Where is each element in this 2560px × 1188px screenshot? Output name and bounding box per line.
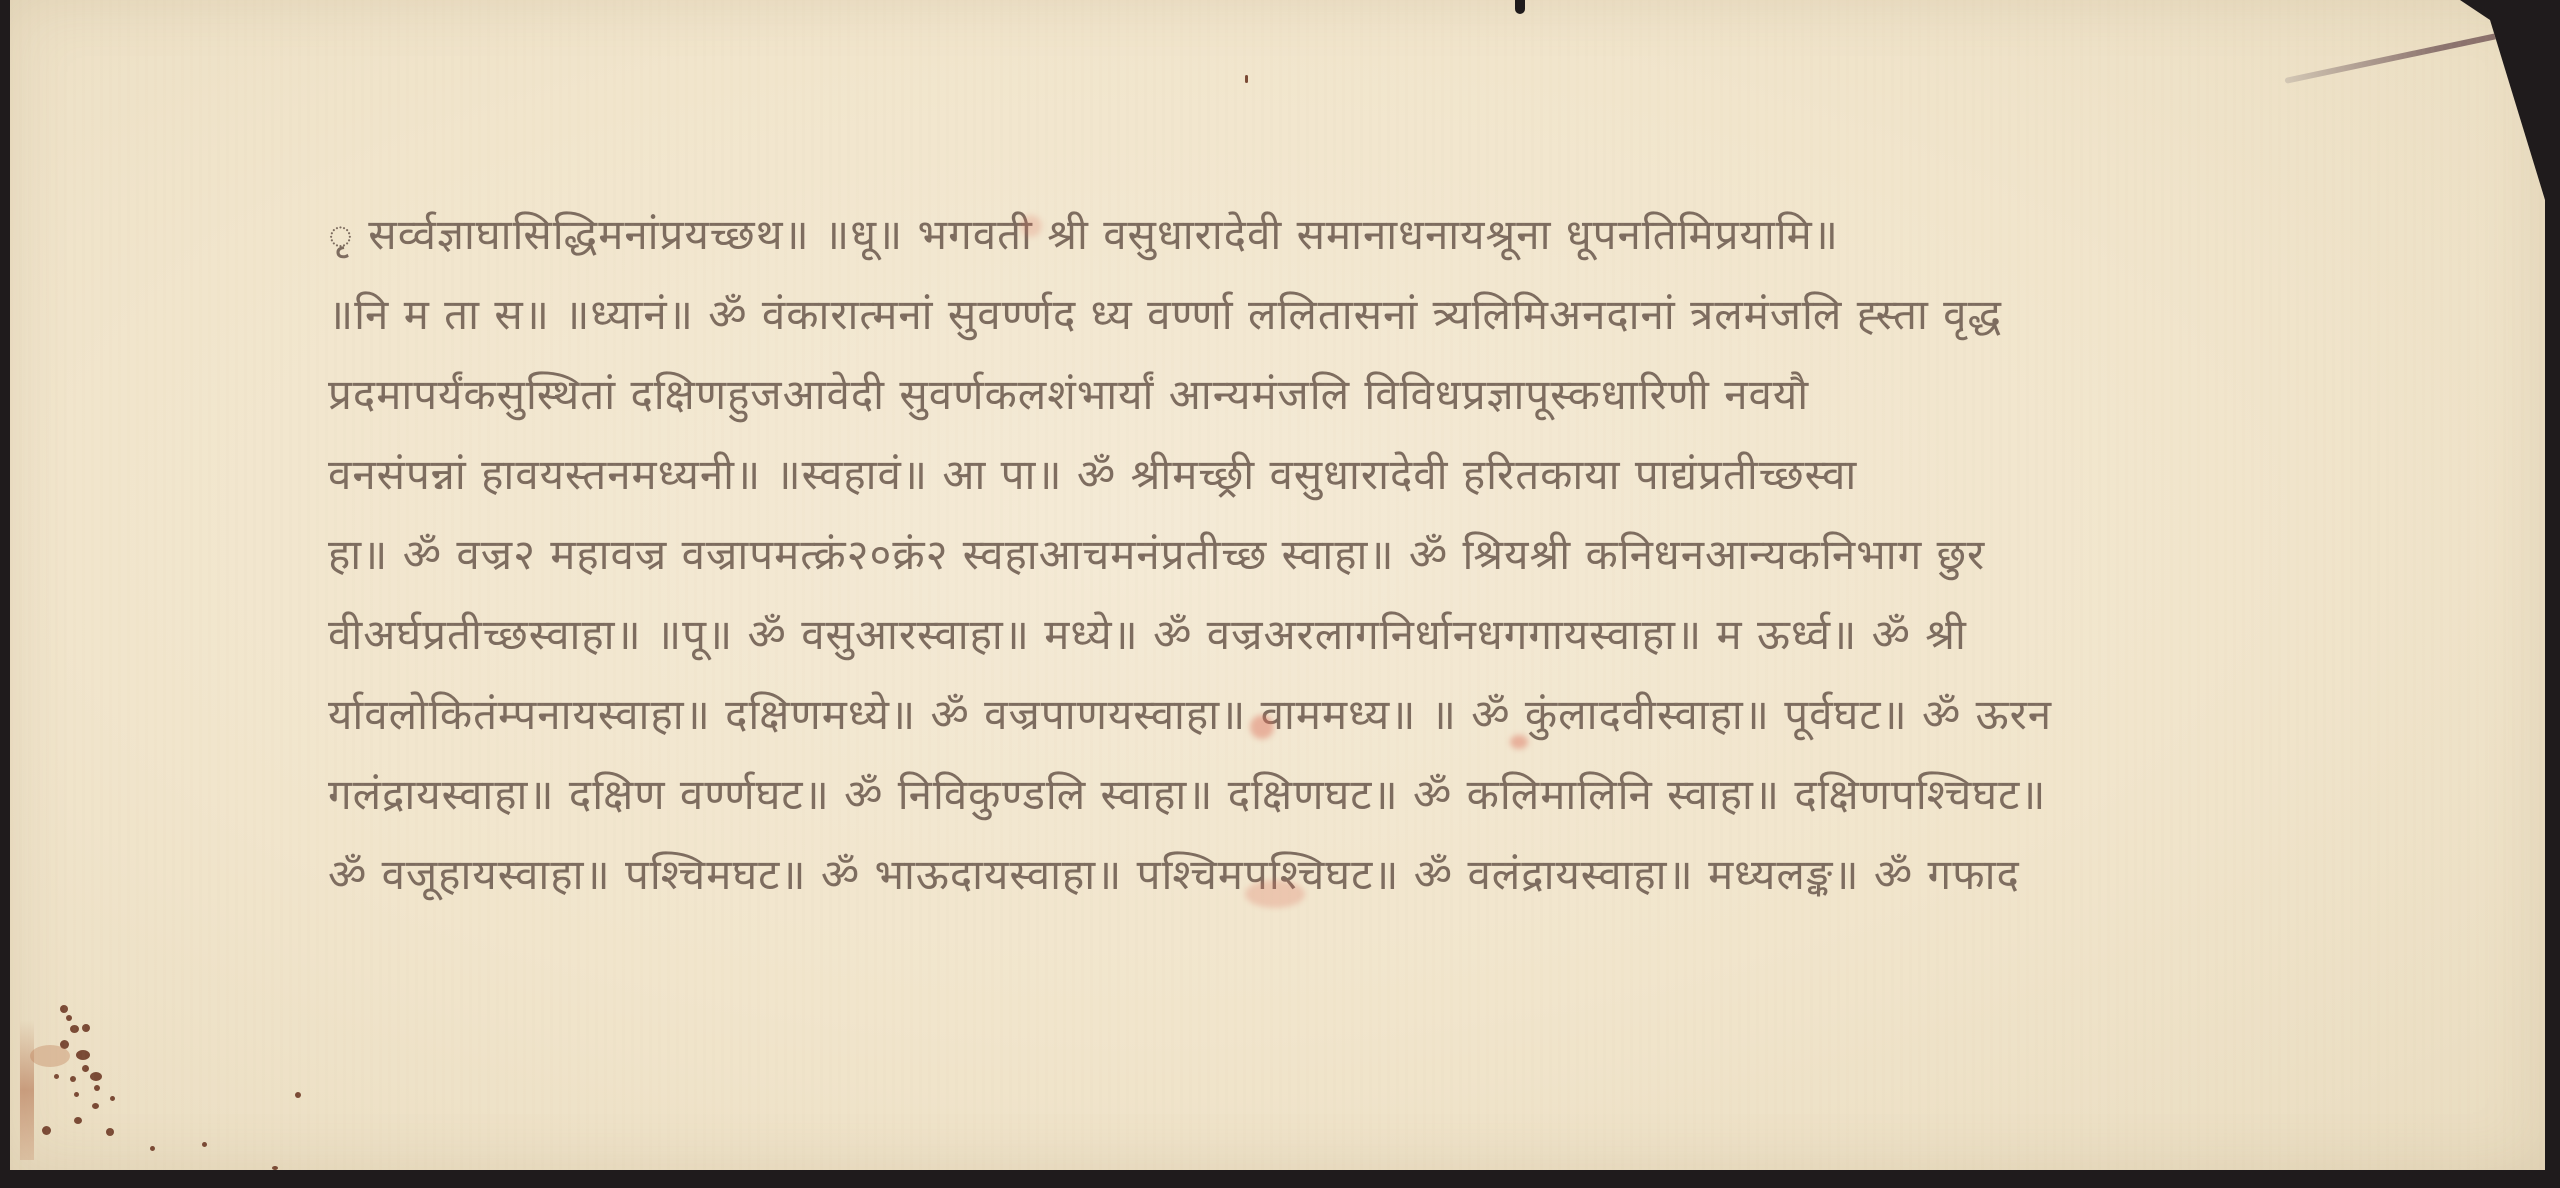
manuscript-line: ॐ वजूहायस्वाहा॥ पश्चिमघट॥ ॐ भाऊदायस्वाहा…: [328, 835, 2288, 915]
foxing-spot: [82, 1065, 89, 1072]
manuscript-line: र्यावलोकितंम्पनायस्वाहा॥ दक्षिणमध्ये॥ ॐ …: [328, 675, 2288, 755]
foxing-spot: [76, 1050, 90, 1060]
foxing-spot: [94, 1085, 100, 1091]
foxing-spot: [295, 1092, 301, 1098]
foxing-spot: [54, 1074, 59, 1079]
foxing-spot: [202, 1142, 207, 1147]
red-ink-mark: [1245, 880, 1305, 908]
pen-stroke-mark: [2284, 32, 2500, 84]
foxing-spot: [42, 1126, 51, 1135]
top-notch: [1515, 0, 1525, 14]
foxing-spot: [92, 1103, 99, 1109]
manuscript-text-block: ृ सर्व्वज्ञाघासिद्धिमनांप्रयच्छथ॥ ॥धू॥ भ…: [328, 195, 2288, 915]
foxing-spot: [70, 1076, 76, 1082]
foxing-spot: [150, 1146, 155, 1151]
foxing-spot: [1245, 75, 1248, 83]
manuscript-line: ॥नि म ता स॥ ॥ध्यानं॥ ॐ वंकारात्मनां सुवर…: [328, 275, 2288, 355]
manuscript-line: गलंद्रायस्वाहा॥ दक्षिण वर्ण्णघट॥ ॐ निविक…: [328, 755, 2288, 835]
manuscript-line: हा॥ ॐ वज्र२ महावज्र वज्रापमत्क्रं२०क्रं२…: [328, 515, 2288, 595]
foxing-spot: [90, 1072, 102, 1081]
rust-stain-edge: [20, 1020, 34, 1160]
foxing-spot: [82, 1024, 90, 1032]
red-ink-mark: [1250, 715, 1274, 739]
foxing-spot: [272, 1166, 278, 1170]
foxing-spot: [60, 1005, 68, 1013]
red-ink-mark: [1020, 215, 1042, 237]
red-ink-mark: [1510, 735, 1528, 749]
foxing-spot: [110, 1096, 115, 1101]
foxing-spot: [106, 1128, 114, 1136]
foxing-spot: [74, 1117, 82, 1124]
foxing-spot: [74, 1092, 79, 1097]
manuscript-line: ृ सर्व्वज्ञाघासिद्धिमनांप्रयच्छथ॥ ॥धू॥ भ…: [328, 195, 2288, 275]
foxing-spot: [30, 1045, 70, 1067]
manuscript-line: प्रदमापर्यंकसुस्थितां दक्षिणहुजआवेदी सुव…: [328, 355, 2288, 435]
manuscript-line: वनसंपन्नां हावयस्तनमध्यनी॥ ॥स्वहावं॥ आ प…: [328, 435, 2288, 515]
foxing-spot: [66, 1015, 72, 1021]
manuscript-leaf: ृ सर्व्वज्ञाघासिद्धिमनांप्रयच्छथ॥ ॥धू॥ भ…: [10, 0, 2545, 1170]
foxing-spot: [70, 1025, 79, 1033]
manuscript-line: वीअर्घप्रतीच्छस्वाहा॥ ॥पू॥ ॐ वसुआरस्वाहा…: [328, 595, 2288, 675]
